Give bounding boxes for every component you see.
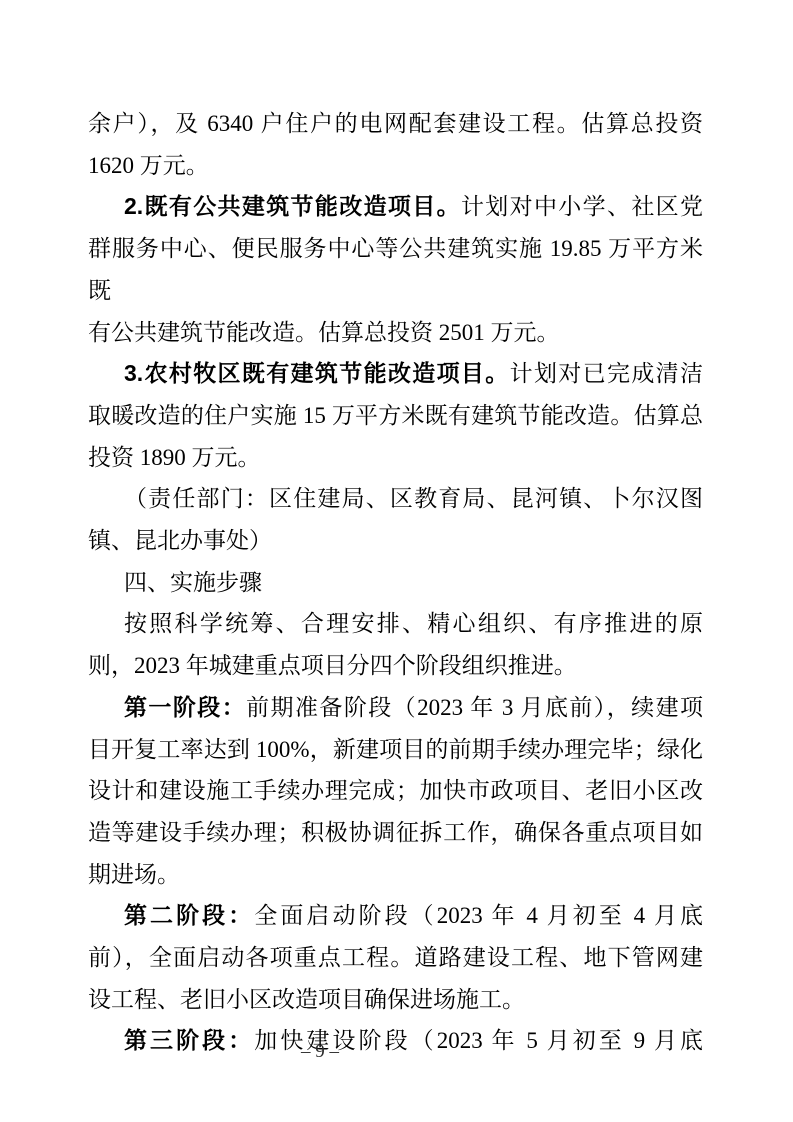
text-run: 设工程、老旧小区改造项目确保进场施工。 [88,987,525,1012]
text-line: 第一阶段：前期准备阶段（2023 年 3 月底前），续建项 [88,687,703,729]
text-run: 1620 万元。 [88,153,209,178]
text-line: 1620 万元。 [88,145,703,187]
text-line: 第三阶段：加快建设阶段（2023 年 5 月初至 9 月底 [88,1020,703,1062]
text-run: 取暖改造的住户实施 15 万平方米既有建筑节能改造。估算总 [88,403,703,428]
text-line: 设计和建设施工手续办理完成；加快市政项目、老旧小区改 [88,770,703,812]
document-page: 余户），及 6340 户住户的电网配套建设工程。估算总投资 1620 万元。 2… [0,0,793,1122]
heading-run: 第一阶段： [124,694,246,720]
text-run: 四、实施步骤 [124,570,262,595]
text-line: 第二阶段：全面启动阶段（2023 年 4 月初至 4 月底 [88,895,703,937]
text-run: 计划对中小学、社区党 [461,194,703,219]
text-run: 期进场。 [88,862,180,887]
text-run: 前期准备阶段（2023 年 3 月底前），续建项 [246,695,703,720]
text-run: 设计和建设施工手续办理完成；加快市政项目、老旧小区改 [88,778,703,803]
text-line: 投资 1890 万元。 [88,437,703,479]
heading-run: 2.既有公共建筑节能改造项目。 [124,193,461,219]
text-run: 余户），及 6340 户住户的电网配套建设工程。估算总投资 [88,111,703,136]
text-line: 镇、昆北办事处） [88,520,703,562]
text-line: 2.既有公共建筑节能改造项目。计划对中小学、社区党 [88,186,703,228]
section-heading: 四、实施步骤 [88,562,703,604]
heading-run: 第二阶段： [124,902,254,928]
text-run: 镇、昆北办事处） [88,528,272,553]
text-line: 3.农村牧区既有建筑节能改造项目。计划对已完成清洁 [88,353,703,395]
text-run: 全面启动阶段（2023 年 4 月初至 4 月底 [254,903,703,928]
text-line: 前），全面启动各项重点工程。道路建设工程、地下管网建 [88,937,703,979]
heading-run: 3.农村牧区既有建筑节能改造项目。 [124,360,510,386]
text-line: （责任部门：区住建局、区教育局、昆河镇、卜尔汉图 [88,478,703,520]
text-run: 按照科学统筹、合理安排、精心组织、有序推进的原 [124,611,703,636]
text-run: 前），全面启动各项重点工程。道路建设工程、地下管网建 [88,945,703,970]
document-text-block: 余户），及 6340 户住户的电网配套建设工程。估算总投资 1620 万元。 2… [88,103,703,1062]
text-line: 余户），及 6340 户住户的电网配套建设工程。估算总投资 [88,103,703,145]
text-line: 取暖改造的住户实施 15 万平方米既有建筑节能改造。估算总 [88,395,703,437]
text-line: 群服务中心、便民服务中心等公共建筑实施 19.85 万平方米既 [88,228,703,311]
text-run: （责任部门：区住建局、区教育局、昆河镇、卜尔汉图 [124,486,703,511]
text-line: 有公共建筑节能改造。估算总投资 2501 万元。 [88,312,703,354]
text-run: 投资 1890 万元。 [88,445,261,470]
text-line: 目开复工率达到 100%，新建项目的前期手续办理完毕；绿化 [88,729,703,771]
text-line: 期进场。 [88,854,703,896]
text-run: 计划对已完成清洁 [510,361,703,386]
text-line: 设工程、老旧小区改造项目确保进场施工。 [88,979,703,1021]
text-run: 群服务中心、便民服务中心等公共建筑实施 19.85 万平方米既 [88,236,703,303]
text-run: 则，2023 年城建重点项目分四个阶段组织推进。 [88,653,577,678]
text-run: 目开复工率达到 100%，新建项目的前期手续办理完毕；绿化 [88,737,703,762]
text-line: 按照科学统筹、合理安排、精心组织、有序推进的原 [88,603,703,645]
heading-run: 第三阶段： [124,1027,254,1053]
text-run: 造等建设手续办理；积极协调征拆工作，确保各重点项目如 [88,820,703,845]
text-line: 则，2023 年城建重点项目分四个阶段组织推进。 [88,645,703,687]
page-number: – 9 – [270,1041,370,1063]
text-line: 造等建设手续办理；积极协调征拆工作，确保各重点项目如 [88,812,703,854]
text-run: 有公共建筑节能改造。估算总投资 2501 万元。 [88,320,560,345]
